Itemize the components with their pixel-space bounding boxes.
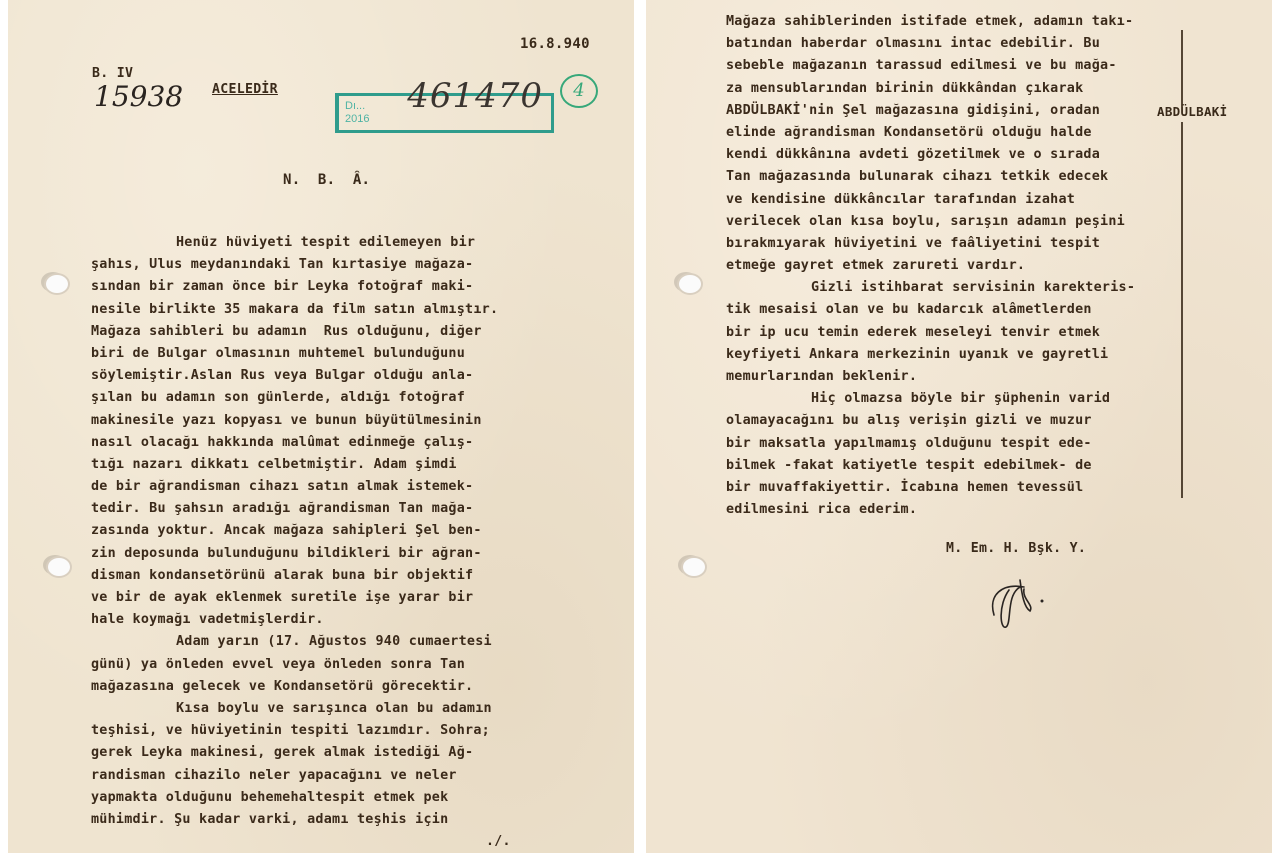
binder-hole xyxy=(48,558,70,576)
text-line: kendi dükkânına avdeti gözetilmek ve o s… xyxy=(726,144,1135,166)
text-line: edilmesini rica ederim. xyxy=(726,499,1135,521)
text-line: keyfiyeti Ankara merkezinin uyanık ve ga… xyxy=(726,344,1135,366)
text-line: makinesile yazı kopyası ve bunun büyütül… xyxy=(91,410,498,432)
margin-note: ABDÜLBAKİ xyxy=(1157,104,1227,119)
text-line: zasında yoktur. Ancak mağaza sahipleri Ş… xyxy=(91,520,498,542)
text-line: tik mesaisi olan ve bu kadarcık alâmetle… xyxy=(726,299,1135,321)
text-line: Henüz hüviyeti tespit edilemeyen bir xyxy=(91,232,498,254)
text-line: batından haberdar olmasını intac edebili… xyxy=(726,33,1135,55)
text-line: bilmek -fakat katiyetle tespit edebilmek… xyxy=(726,455,1135,477)
continuation-mark: ./. xyxy=(486,834,511,849)
binder-hole xyxy=(679,275,701,293)
text-line: nasıl olacağı hakkında malûmat edinmeğe … xyxy=(91,432,498,454)
stamp-handwritten-number: 461470 xyxy=(407,90,543,103)
text-line: bir maksatla yapılmamış olduğunu tespit … xyxy=(726,433,1135,455)
text-line: memurlarından beklenir. xyxy=(726,366,1135,388)
text-line: zin deposunda bulunduğunu bildikleri bir… xyxy=(91,543,498,565)
text-line: Mağaza sahiblerinden istifade etmek, ada… xyxy=(726,11,1135,33)
text-line: ve kendisine dükkâncılar tarafından izah… xyxy=(726,189,1135,211)
text-line: şahıs, Ulus meydanındaki Tan kırtasiye m… xyxy=(91,254,498,276)
text-line: sebeble mağazanın tarassud edilmesi ve b… xyxy=(726,55,1135,77)
text-line: tığı nazarı dikkatı celbetmiştir. Adam ş… xyxy=(91,454,498,476)
text-line: etmeğe gayret etmek zarureti vardır. xyxy=(726,255,1135,277)
handwritten-reference-number: 15938 xyxy=(94,80,183,113)
addressee: N. B. Â. xyxy=(283,172,370,188)
text-line: Kısa boylu ve sarışınca olan bu adamın xyxy=(91,698,498,720)
text-line: nesile birlikte 35 makara da film satın … xyxy=(91,299,498,321)
text-line: Mağaza sahibleri bu adamın Rus olduğunu,… xyxy=(91,321,498,343)
text-line: günü) ya önleden evvel veya önleden sonr… xyxy=(91,654,498,676)
text-line: disman kondansetörünü alarak buna bir ob… xyxy=(91,565,498,587)
text-line: şılan bu adamın son günlerde, aldığı fot… xyxy=(91,387,498,409)
text-line: biri de Bulgar olmasının muhtemel bulund… xyxy=(91,343,498,365)
text-line: za mensublarından birinin dükkândan çıka… xyxy=(726,78,1135,100)
binder-hole xyxy=(683,558,705,576)
handwritten-signature xyxy=(984,575,1064,635)
urgency-label: ACELEDİR xyxy=(212,82,278,97)
text-line: bir muvaffakiyettir. İcabına hemen teves… xyxy=(726,477,1135,499)
document-page-left: 16.8.940 B. IV 15938 ACELEDİR Dı... 2016… xyxy=(8,0,634,853)
text-line: olamayacağını bu alış verişin gizli ve m… xyxy=(726,410,1135,432)
text-line: mühimdir. Şu kadar varki, adamı teşhis i… xyxy=(91,809,498,831)
letter-body-continued: Mağaza sahiblerinden istifade etmek, ada… xyxy=(726,11,1135,521)
text-line: bir ip ucu temin ederek meseleyi tenvir … xyxy=(726,322,1135,344)
text-line: mağazasına gelecek ve Kondansetörü görec… xyxy=(91,676,498,698)
archive-stamp: Dı... 2016 461470 xyxy=(335,93,554,133)
reference-code: B. IV xyxy=(92,66,133,81)
document-date: 16.8.940 xyxy=(520,36,590,52)
circled-page-number: 4 xyxy=(560,74,598,108)
text-line: randisman cihazilo neler yapacağını ve n… xyxy=(91,765,498,787)
text-line: söylemiştir.Aslan Rus veya Bulgar olduğu… xyxy=(91,365,498,387)
text-line: ve bir de ayak eklenmek suretile işe yar… xyxy=(91,587,498,609)
margin-line xyxy=(1181,30,1183,107)
text-line: Adam yarın (17. Ağustos 940 cumaertesi xyxy=(91,631,498,653)
text-line: teşhisi, ve hüviyetinin tespiti lazımdır… xyxy=(91,720,498,742)
text-line: tedir. Bu şahsın aradığı ağrandisman Tan… xyxy=(91,498,498,520)
text-line: de bir ağrandisman cihazı satın almak is… xyxy=(91,476,498,498)
text-line: elinde ağrandisman Kondansetörü olduğu h… xyxy=(726,122,1135,144)
text-line: yapmakta olduğunu behemehaltespit etmek … xyxy=(91,787,498,809)
text-line: bırakmıyarak hüviyetini ve faâliyetini t… xyxy=(726,233,1135,255)
text-line: Gizli istihbarat servisinin karekteris- xyxy=(726,277,1135,299)
letter-body: Henüz hüviyeti tespit edilemeyen birşahı… xyxy=(91,232,498,831)
text-line: ABDÜLBAKİ'nin Şel mağazasına gidişini, o… xyxy=(726,100,1135,122)
binder-hole xyxy=(46,275,68,293)
document-page-right: Mağaza sahiblerinden istifade etmek, ada… xyxy=(646,0,1272,853)
text-line: verilecek olan kısa boylu, sarışın adamı… xyxy=(726,211,1135,233)
signature-block: M. Em. H. Bşk. Y. xyxy=(946,541,1086,556)
text-line: Hiç olmazsa böyle bir şüphenin varid xyxy=(726,388,1135,410)
text-line: Tan mağazasında bulunarak cihazı tetkik … xyxy=(726,166,1135,188)
margin-line xyxy=(1181,122,1183,498)
text-line: gerek Leyka makinesi, gerek almak istedi… xyxy=(91,742,498,764)
text-line: hale koymağı vadetmişlerdir. xyxy=(91,609,498,631)
text-line: sından bir zaman önce bir Leyka fotoğraf… xyxy=(91,276,498,298)
